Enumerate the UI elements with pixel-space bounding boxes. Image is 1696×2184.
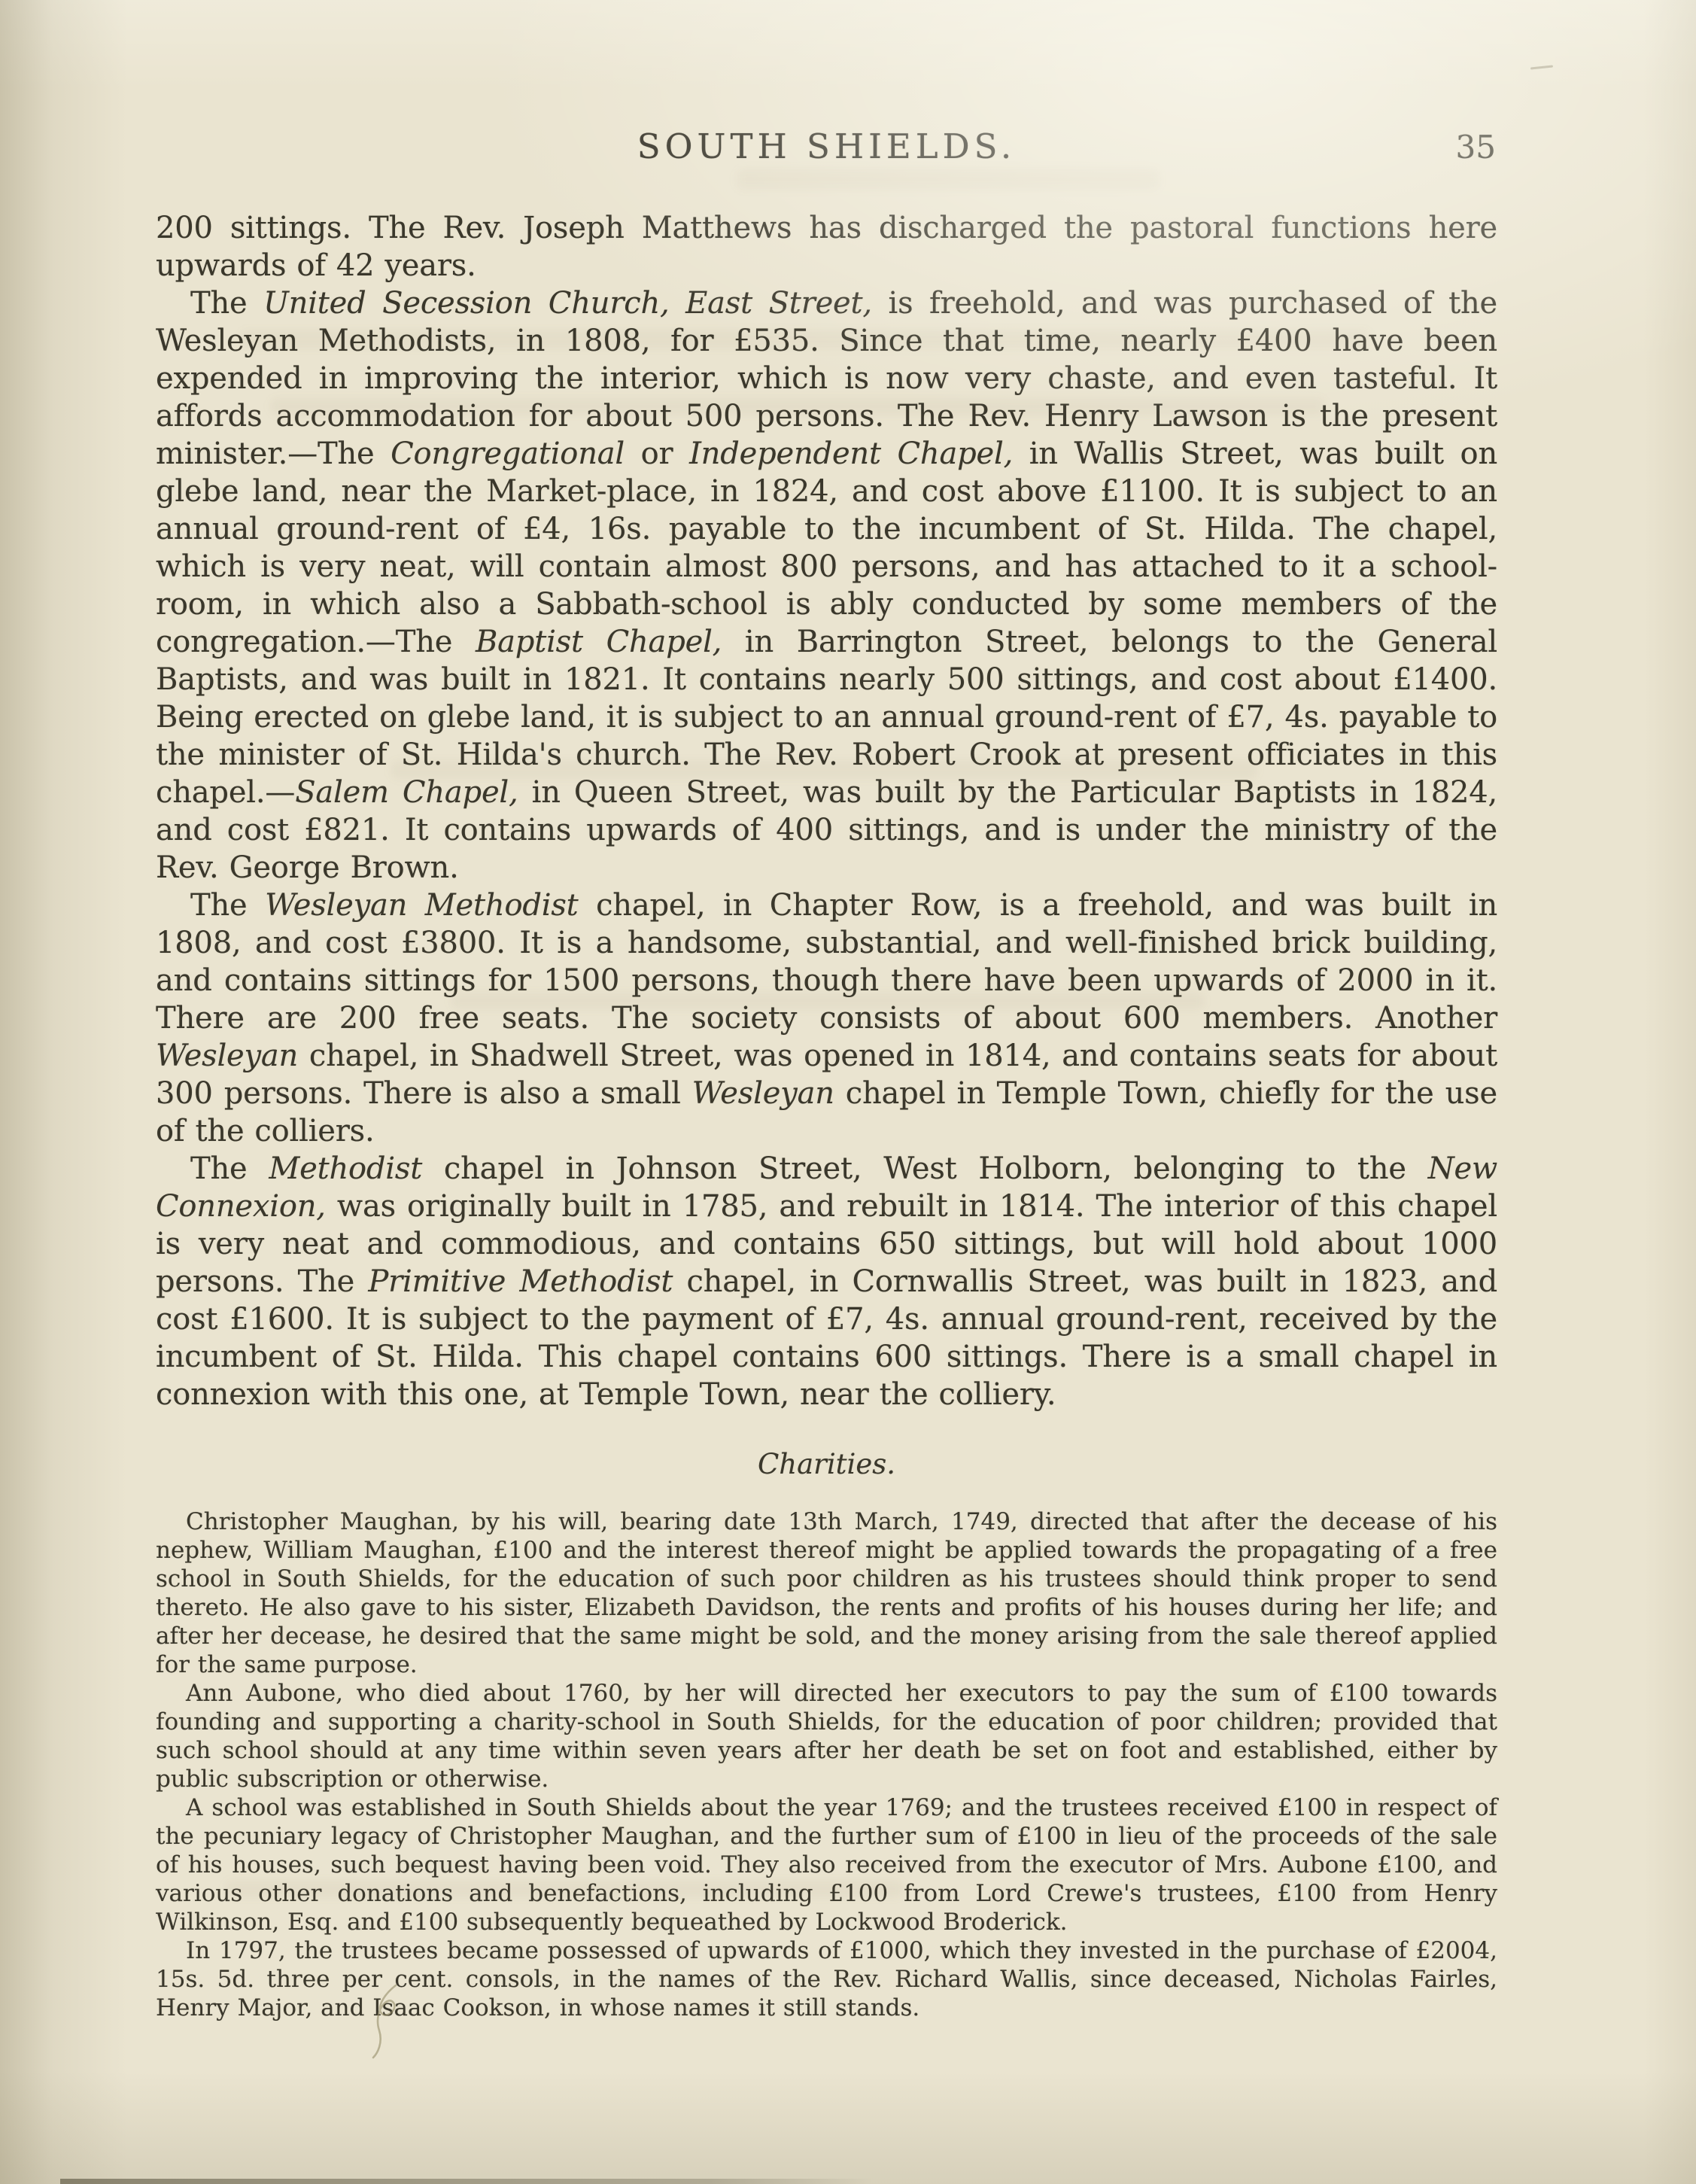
- scanned-book-page: SOUTH SHIELDS. 35 200 sittings. The Rev.…: [0, 0, 1696, 2184]
- text-run: or: [625, 436, 689, 471]
- paragraph: In 1797, the trustees became possessed o…: [156, 1936, 1497, 2022]
- paragraph: Christopher Maughan, by his will, bearin…: [156, 1507, 1497, 1679]
- text-run: chapel in Johnson Street, West Holborn, …: [422, 1151, 1428, 1186]
- italic-run: Wesleyan: [692, 1076, 834, 1111]
- scan-edge-shadow: [60, 2179, 873, 2184]
- italic-run: Independent Chapel,: [689, 436, 1013, 471]
- text-run: The: [190, 286, 263, 321]
- italic-run: Salem Chapel,: [295, 775, 518, 810]
- italic-run: United Secession Church, East Street,: [263, 286, 872, 321]
- italic-run: Wesleyan Methodist: [265, 888, 578, 923]
- pen-mark-squiggle: [360, 1979, 420, 2062]
- italic-run: Congregational: [391, 436, 625, 471]
- main-text-block: 200 sittings. The Rev. Joseph Matthews h…: [156, 209, 1497, 1413]
- paragraph: Ann Aubone, who died about 1760, by her …: [156, 1679, 1497, 1793]
- text-run: The: [190, 1151, 269, 1186]
- paragraph: The Methodist chapel in Johnson Street, …: [156, 1150, 1497, 1413]
- page-number: 35: [1456, 129, 1496, 166]
- paragraph: The Wesleyan Methodist chapel, in Chapte…: [156, 887, 1497, 1150]
- pen-dash-mark: [1530, 65, 1553, 69]
- text-run: A school was established in South Shield…: [156, 1794, 1497, 1936]
- running-header: SOUTH SHIELDS. 35: [156, 126, 1497, 169]
- paragraph: A school was established in South Shield…: [156, 1793, 1497, 1936]
- text-run: In 1797, the trustees became possessed o…: [156, 1937, 1497, 2021]
- text-run: Ann Aubone, who died about 1760, by her …: [156, 1680, 1497, 1793]
- text-run: Christopher Maughan, by his will, bearin…: [156, 1508, 1497, 1678]
- paragraph: 200 sittings. The Rev. Joseph Matthews h…: [156, 209, 1497, 284]
- paragraph: The United Secession Church, East Street…: [156, 284, 1497, 887]
- italic-run: Methodist: [269, 1151, 422, 1186]
- italic-run: Wesleyan: [156, 1039, 298, 1073]
- charities-heading: Charities.: [156, 1448, 1497, 1480]
- page-title: SOUTH SHIELDS.: [156, 126, 1497, 166]
- text-run: 200 sittings. The Rev. Joseph Matthews h…: [156, 211, 1497, 283]
- text-run: The: [190, 888, 265, 923]
- italic-run: Primitive Methodist: [368, 1264, 673, 1299]
- charities-text-block: Christopher Maughan, by his will, bearin…: [156, 1507, 1497, 2022]
- text-block: SOUTH SHIELDS. 35 200 sittings. The Rev.…: [156, 126, 1497, 2022]
- italic-run: Baptist Chapel,: [476, 625, 722, 659]
